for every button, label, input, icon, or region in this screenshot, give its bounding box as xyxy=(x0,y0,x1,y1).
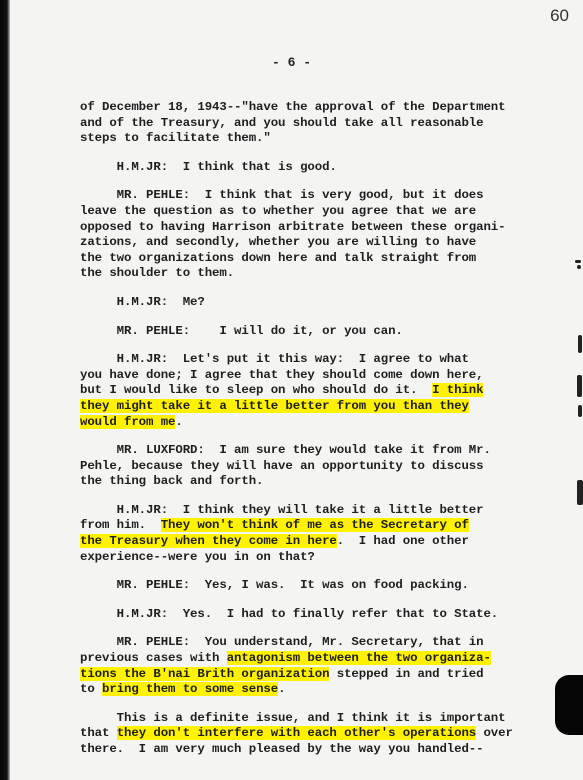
text-segment: MR. PEHLE: I think that is very good, bu… xyxy=(80,188,483,202)
text-segment: H.M.JR: Let's put it this way: I agree t… xyxy=(80,352,469,366)
paragraph: MR. PEHLE: I think that is very good, bu… xyxy=(80,188,550,282)
text-line: H.M.JR: Yes. I had to finally refer that… xyxy=(80,607,550,623)
text-line: tions the B'nai Brith organization stepp… xyxy=(80,667,550,683)
text-segment: H.M.JR: Me? xyxy=(80,295,205,309)
text-segment: from him. xyxy=(80,518,161,532)
text-segment: that xyxy=(80,726,117,740)
text-segment: MR. LUXFORD: I am sure they would take i… xyxy=(80,443,491,457)
text-segment: H.M.JR: Yes. I had to finally refer that… xyxy=(80,607,498,621)
text-segment: This is a definite issue, and I think it… xyxy=(80,711,505,725)
text-line: the Treasury when they come in here. I h… xyxy=(80,534,550,550)
text-segment: but I would like to sleep on who should … xyxy=(80,383,432,397)
text-line: you have done; I agree that they should … xyxy=(80,368,550,384)
archive-stamp-number: 60 xyxy=(550,6,569,26)
text-line: the thing back and forth. xyxy=(80,474,550,490)
paragraph: H.M.JR: Let's put it this way: I agree t… xyxy=(80,352,550,430)
paragraph: of December 18, 1943--"have the approval… xyxy=(80,100,550,147)
text-line: but I would like to sleep on who should … xyxy=(80,383,550,399)
text-line: MR. PEHLE: I think that is very good, bu… xyxy=(80,188,550,204)
text-segment: H.M.JR: I think that is good. xyxy=(80,160,337,174)
text-segment: previous cases with xyxy=(80,651,227,665)
text-segment: . xyxy=(278,682,285,696)
highlighted-text: they don't interfere with each other's o… xyxy=(117,726,476,740)
highlighted-text: the Treasury when they come in here xyxy=(80,534,337,548)
highlighted-text: tions the B'nai Brith organization xyxy=(80,667,329,681)
text-line: This is a definite issue, and I think it… xyxy=(80,711,550,727)
text-line: previous cases with antagonism between t… xyxy=(80,651,550,667)
text-segment: the thing back and forth. xyxy=(80,474,263,488)
text-segment: steps to facilitate them." xyxy=(80,131,271,145)
paragraph: MR. LUXFORD: I am sure they would take i… xyxy=(80,443,550,490)
text-line: MR. PEHLE: Yes, I was. It was on food pa… xyxy=(80,578,550,594)
paragraph: H.M.JR: I think they will take it a litt… xyxy=(80,503,550,565)
highlighted-text: bring them to some sense xyxy=(102,682,278,696)
margin-scan-marks xyxy=(573,255,583,505)
text-line: the two organizations down here and talk… xyxy=(80,251,550,267)
text-line: MR. PEHLE: You understand, Mr. Secretary… xyxy=(80,635,550,651)
highlighted-text: They won't think of me as the Secretary … xyxy=(161,518,469,532)
text-line: H.M.JR: I think they will take it a litt… xyxy=(80,503,550,519)
text-segment: MR. PEHLE: Yes, I was. It was on food pa… xyxy=(80,578,469,592)
paragraph: MR. PEHLE: Yes, I was. It was on food pa… xyxy=(80,578,550,594)
text-line: opposed to having Harrison arbitrate bet… xyxy=(80,220,550,236)
text-line: H.M.JR: Me? xyxy=(80,295,550,311)
text-segment: over xyxy=(476,726,513,740)
paragraph: This is a definite issue, and I think it… xyxy=(80,711,550,758)
paragraph: H.M.JR: Me? xyxy=(80,295,550,311)
text-segment: stepped in and tried xyxy=(329,667,483,681)
transcript-body: of December 18, 1943--"have the approval… xyxy=(80,100,550,771)
text-segment: H.M.JR: I think they will take it a litt… xyxy=(80,503,483,517)
text-segment: MR. PEHLE: You understand, Mr. Secretary… xyxy=(80,635,483,649)
text-segment: the two organizations down here and talk… xyxy=(80,251,476,265)
text-line: Pehle, because they will have an opportu… xyxy=(80,459,550,475)
text-segment: MR. PEHLE: I will do it, or you can. xyxy=(80,324,403,338)
page-number: - 6 - xyxy=(0,55,583,70)
highlighted-text: antagonism between the two organiza- xyxy=(227,651,491,665)
scan-left-edge xyxy=(0,0,10,780)
text-line: H.M.JR: Let's put it this way: I agree t… xyxy=(80,352,550,368)
binder-clip xyxy=(555,675,583,735)
text-segment: opposed to having Harrison arbitrate bet… xyxy=(80,220,505,234)
text-line: MR. PEHLE: I will do it, or you can. xyxy=(80,324,550,340)
text-segment: . xyxy=(175,415,182,429)
text-line: of December 18, 1943--"have the approval… xyxy=(80,100,550,116)
text-segment: there. I am very much pleased by the way… xyxy=(80,742,483,756)
text-line: steps to facilitate them." xyxy=(80,131,550,147)
paragraph: H.M.JR: I think that is good. xyxy=(80,160,550,176)
paragraph: H.M.JR: Yes. I had to finally refer that… xyxy=(80,607,550,623)
text-line: that they don't interfere with each othe… xyxy=(80,726,550,742)
highlighted-text: they might take it a little better from … xyxy=(80,399,469,413)
text-line: leave the question as to whether you agr… xyxy=(80,204,550,220)
text-segment: to xyxy=(80,682,102,696)
text-line: there. I am very much pleased by the way… xyxy=(80,742,550,758)
text-segment: and of the Treasury, and you should take… xyxy=(80,116,483,130)
text-line: experience--were you in on that? xyxy=(80,550,550,566)
text-line: H.M.JR: I think that is good. xyxy=(80,160,550,176)
text-line: would from me. xyxy=(80,415,550,431)
text-segment: . I had one other xyxy=(337,534,469,548)
text-line: to bring them to some sense. xyxy=(80,682,550,698)
text-segment: zations, and secondly, whether you are w… xyxy=(80,235,476,249)
text-line: MR. LUXFORD: I am sure they would take i… xyxy=(80,443,550,459)
paragraph: MR. PEHLE: You understand, Mr. Secretary… xyxy=(80,635,550,697)
text-line: they might take it a little better from … xyxy=(80,399,550,415)
text-line: and of the Treasury, and you should take… xyxy=(80,116,550,132)
text-segment: the shoulder to them. xyxy=(80,266,234,280)
text-segment: of December 18, 1943--"have the approval… xyxy=(80,100,505,114)
text-line: from him. They won't think of me as the … xyxy=(80,518,550,534)
text-segment: you have done; I agree that they should … xyxy=(80,368,483,382)
text-segment: Pehle, because they will have an opportu… xyxy=(80,459,483,473)
paragraph: MR. PEHLE: I will do it, or you can. xyxy=(80,324,550,340)
highlighted-text: would from me xyxy=(80,415,175,429)
text-segment: leave the question as to whether you agr… xyxy=(80,204,476,218)
text-segment: experience--were you in on that? xyxy=(80,550,315,564)
highlighted-text: I think xyxy=(432,383,483,397)
text-line: the shoulder to them. xyxy=(80,266,550,282)
text-line: zations, and secondly, whether you are w… xyxy=(80,235,550,251)
